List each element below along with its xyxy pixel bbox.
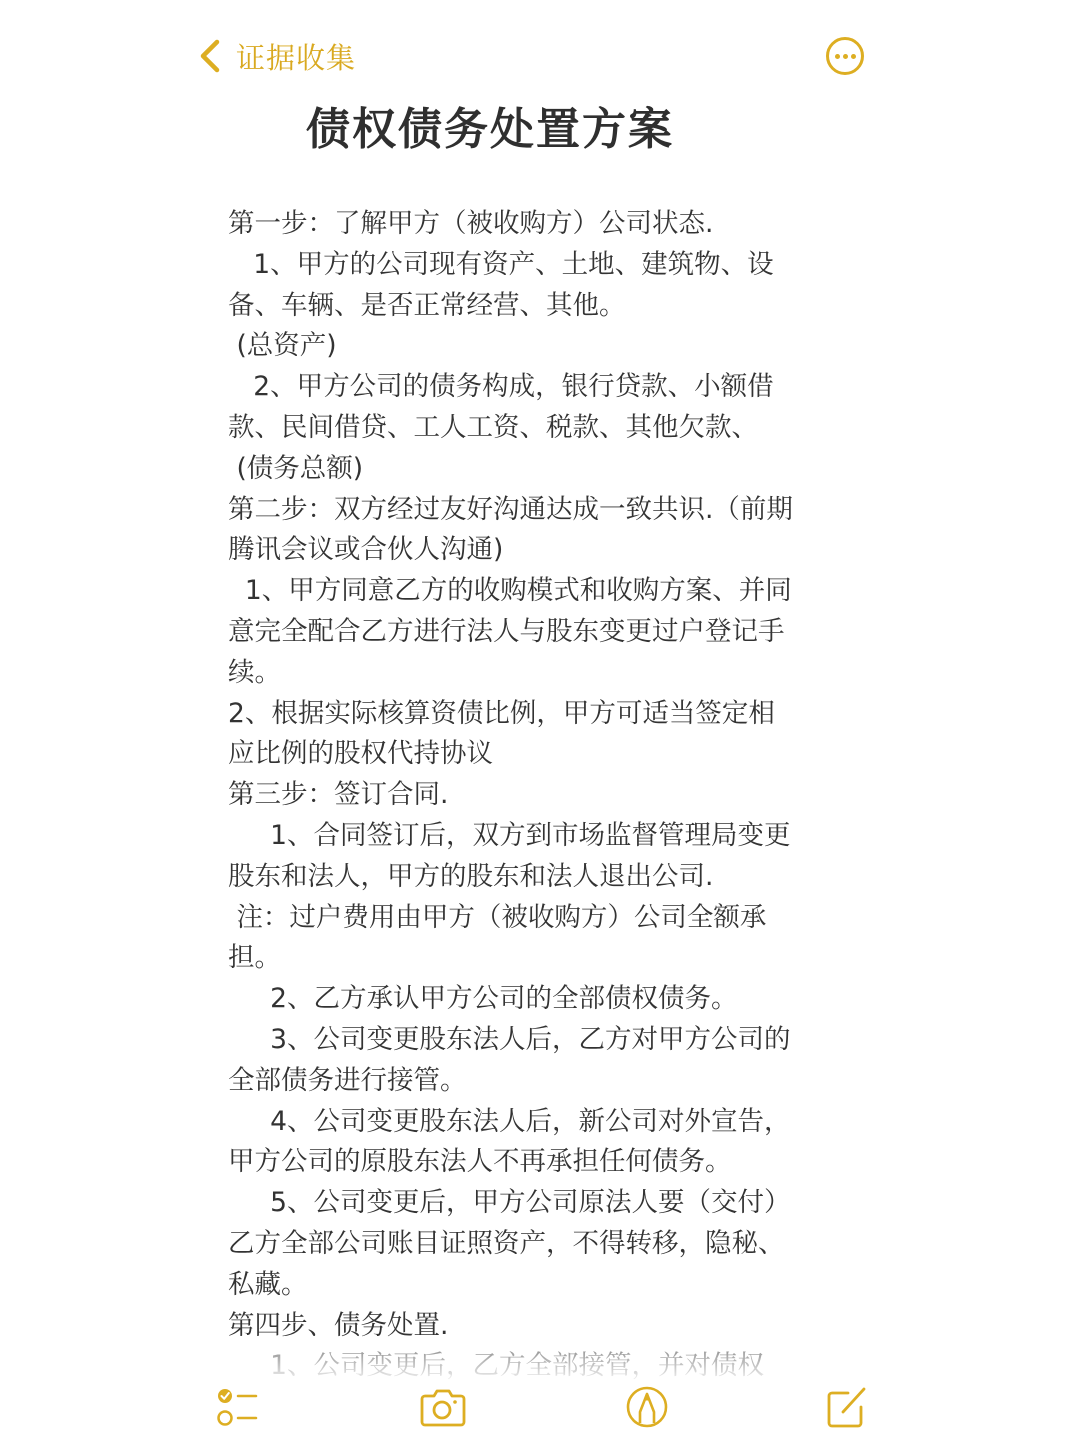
note-line: 乙方全部公司账目证照资产，不得转移，隐秘、 (228, 1224, 868, 1265)
camera-icon (420, 1387, 466, 1427)
note-line: 备、车辆、是否正常经营、其他。 (228, 286, 868, 327)
note-line: 2、甲方公司的债务构成，银行贷款、小额借 (228, 367, 868, 408)
camera-button[interactable] (420, 1382, 466, 1432)
note-line: 腾讯会议或合伙人沟通) (228, 530, 868, 571)
note-line: (债务总额) (228, 449, 868, 490)
more-options-button[interactable] (826, 37, 864, 75)
note-line: 全部债务进行接管。 (228, 1061, 868, 1102)
note-line: 注：过户费用由甲方（被收购方）公司全额承 (228, 898, 868, 939)
note-line: 意完全配合乙方进行法人与股东变更过户登记手 (228, 612, 868, 653)
note-line: 甲方公司的原股东法人不再承担任何债务。 (228, 1142, 868, 1183)
dot (843, 54, 848, 59)
note-line: 续。 (228, 653, 868, 694)
note-line: 股东和法人，甲方的股东和法人退出公司. (228, 857, 868, 898)
note-line: 1、合同签订后，双方到市场监督管理局变更 (228, 816, 868, 857)
back-button[interactable]: 证据收集 (198, 34, 356, 78)
note-line: 第一步：了解甲方（被收购方）公司状态. (228, 204, 868, 245)
note-line: 第二步：双方经过友好沟通达成一致共识.（前期 (228, 490, 868, 531)
note-line: 私藏。 (228, 1265, 868, 1306)
note-body[interactable]: 第一步：了解甲方（被收购方）公司状态. 1、甲方的公司现有资产、土地、建筑物、设… (228, 204, 868, 1387)
dot (851, 54, 856, 59)
notes-screen: 证据收集 债权债务处置方案 第一步：了解甲方（被收购方）公司状态. 1、甲方的公… (0, 0, 1080, 1440)
note-line: 4、公司变更股东法人后，新公司对外宣告， (228, 1102, 868, 1143)
note-line: 5、公司变更后，甲方公司原法人要（交付） (228, 1183, 868, 1224)
note-line: (总资产) (228, 326, 868, 367)
navigation-bar: 证据收集 (0, 0, 1080, 100)
dot (835, 54, 840, 59)
checklist-icon (216, 1385, 260, 1429)
note-line: 应比例的股权代持协议 (228, 734, 868, 775)
note-line: 2、乙方承认甲方公司的全部债权债务。 (228, 979, 868, 1020)
markup-pen-icon (625, 1385, 669, 1429)
compose-button[interactable] (826, 1382, 868, 1432)
back-label: 证据收集 (236, 36, 356, 77)
note-line: 担。 (228, 938, 868, 979)
note-line: 款、民间借贷、工人工资、税款、其他欠款、 (228, 408, 868, 449)
checklist-button[interactable] (216, 1382, 260, 1432)
chevron-left-icon (198, 38, 222, 74)
note-title[interactable]: 债权债务处置方案 (306, 98, 674, 162)
bottom-toolbar (0, 1382, 1080, 1432)
note-line: 1、甲方的公司现有资产、土地、建筑物、设 (228, 245, 868, 286)
note-line: 第三步：签订合同. (228, 775, 868, 816)
markup-button[interactable] (625, 1382, 669, 1432)
compose-icon (826, 1385, 868, 1429)
note-line: 1、甲方同意乙方的收购模式和收购方案、并同 (228, 571, 868, 612)
note-line: 2、根据实际核算资债比例，甲方可适当签定相 (228, 694, 868, 735)
note-line: 3、公司变更股东法人后，乙方对甲方公司的 (228, 1020, 868, 1061)
